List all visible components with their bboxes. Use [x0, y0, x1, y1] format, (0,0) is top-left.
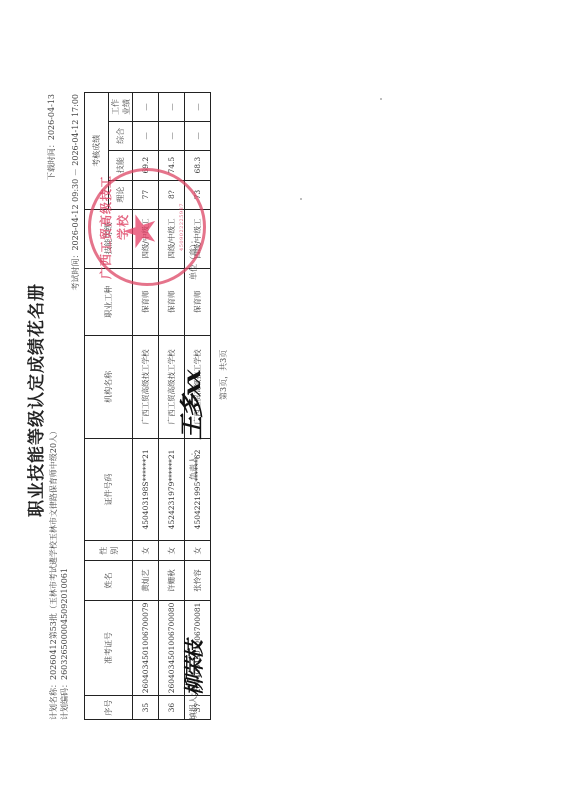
exam-time-value: 2026-04-12 09:30 － 2026-04-12 17:00 — [71, 94, 80, 251]
cell-work: — — [133, 93, 159, 122]
header-comprehensive: 综合 — [109, 121, 133, 150]
cell-org: 广西工贸高级技工学校 — [133, 336, 159, 439]
header-exam-no: 准考证号 — [85, 600, 133, 696]
cell-skill: 68.3 — [185, 150, 211, 180]
header-seq: 序号 — [85, 696, 133, 720]
cell-id-no: 450403198S******21 — [133, 438, 159, 541]
official-seal: 广西工贸高级技工学校 ★ 4509022225987 — [88, 168, 206, 286]
cell-name: 许姗秋 — [159, 561, 185, 600]
cell-name: 黄灿艺 — [133, 561, 159, 600]
cell-work: — — [159, 93, 185, 122]
plan-code: 2603265000045092010061 — [60, 568, 69, 680]
cell-sex: 女 — [159, 541, 185, 561]
cell-id-no: 4524231979******21 — [159, 438, 185, 541]
cell-work: — — [185, 93, 211, 122]
exam-time-label: 考试时间： — [71, 251, 80, 291]
plan-code-label: 计划编码： — [60, 680, 69, 720]
responsible-label: 负责人： — [188, 448, 199, 480]
download-time-value: 2026-04-13 — [47, 94, 56, 140]
header-sex: 性别 — [85, 541, 133, 561]
star-icon: ★ — [119, 212, 163, 251]
scan-speck — [380, 98, 382, 100]
cell-name: 张怜容 — [185, 561, 211, 600]
responsible-signature: 王多xx — [172, 371, 207, 440]
plan-name: 20260412第53批（玉林市考试遴学校玉林市文律路保育师中级20人） — [49, 427, 58, 680]
scan-speck — [300, 198, 302, 200]
cell-seq: 35 — [133, 696, 159, 720]
cell-exam-no: 2604034501006700079 — [133, 600, 159, 696]
header-id-no: 证件号码 — [85, 438, 133, 541]
page-number: 第3页，共3页 — [218, 350, 229, 400]
exam-time: 考试时间：2026-04-12 09:30 － 2026-04-12 17:00 — [70, 94, 81, 291]
cell-sex: 女 — [133, 541, 159, 561]
document-page: 职业技能等级认定成绩花名册 计划名称：20260412第53批（玉林市考试遴学校… — [0, 0, 566, 800]
header-work: 工作业绩 — [109, 93, 133, 122]
download-time: 下载时间：2026-04-13 — [46, 94, 57, 180]
cell-comprehensive: — — [185, 121, 211, 150]
document-title: 职业技能等级认定成绩花名册 — [22, 0, 47, 800]
plan-info: 计划名称：20260412第53批（玉林市考试遴学校玉林市文律路保育师中级20人… — [48, 427, 70, 720]
seal-serial: 4509022225987 — [179, 171, 185, 283]
download-time-label: 下载时间： — [47, 140, 56, 180]
header-org: 机构名称 — [85, 336, 133, 439]
plan-name-label: 计划名称： — [49, 680, 58, 720]
cell-comprehensive: — — [133, 121, 159, 150]
filler-signature: 柳荣枝 — [178, 642, 207, 696]
cell-seq: 36 — [159, 696, 185, 720]
header-name: 姓名 — [85, 561, 133, 600]
cell-sex: 女 — [185, 541, 211, 561]
cell-comprehensive: — — [159, 121, 185, 150]
